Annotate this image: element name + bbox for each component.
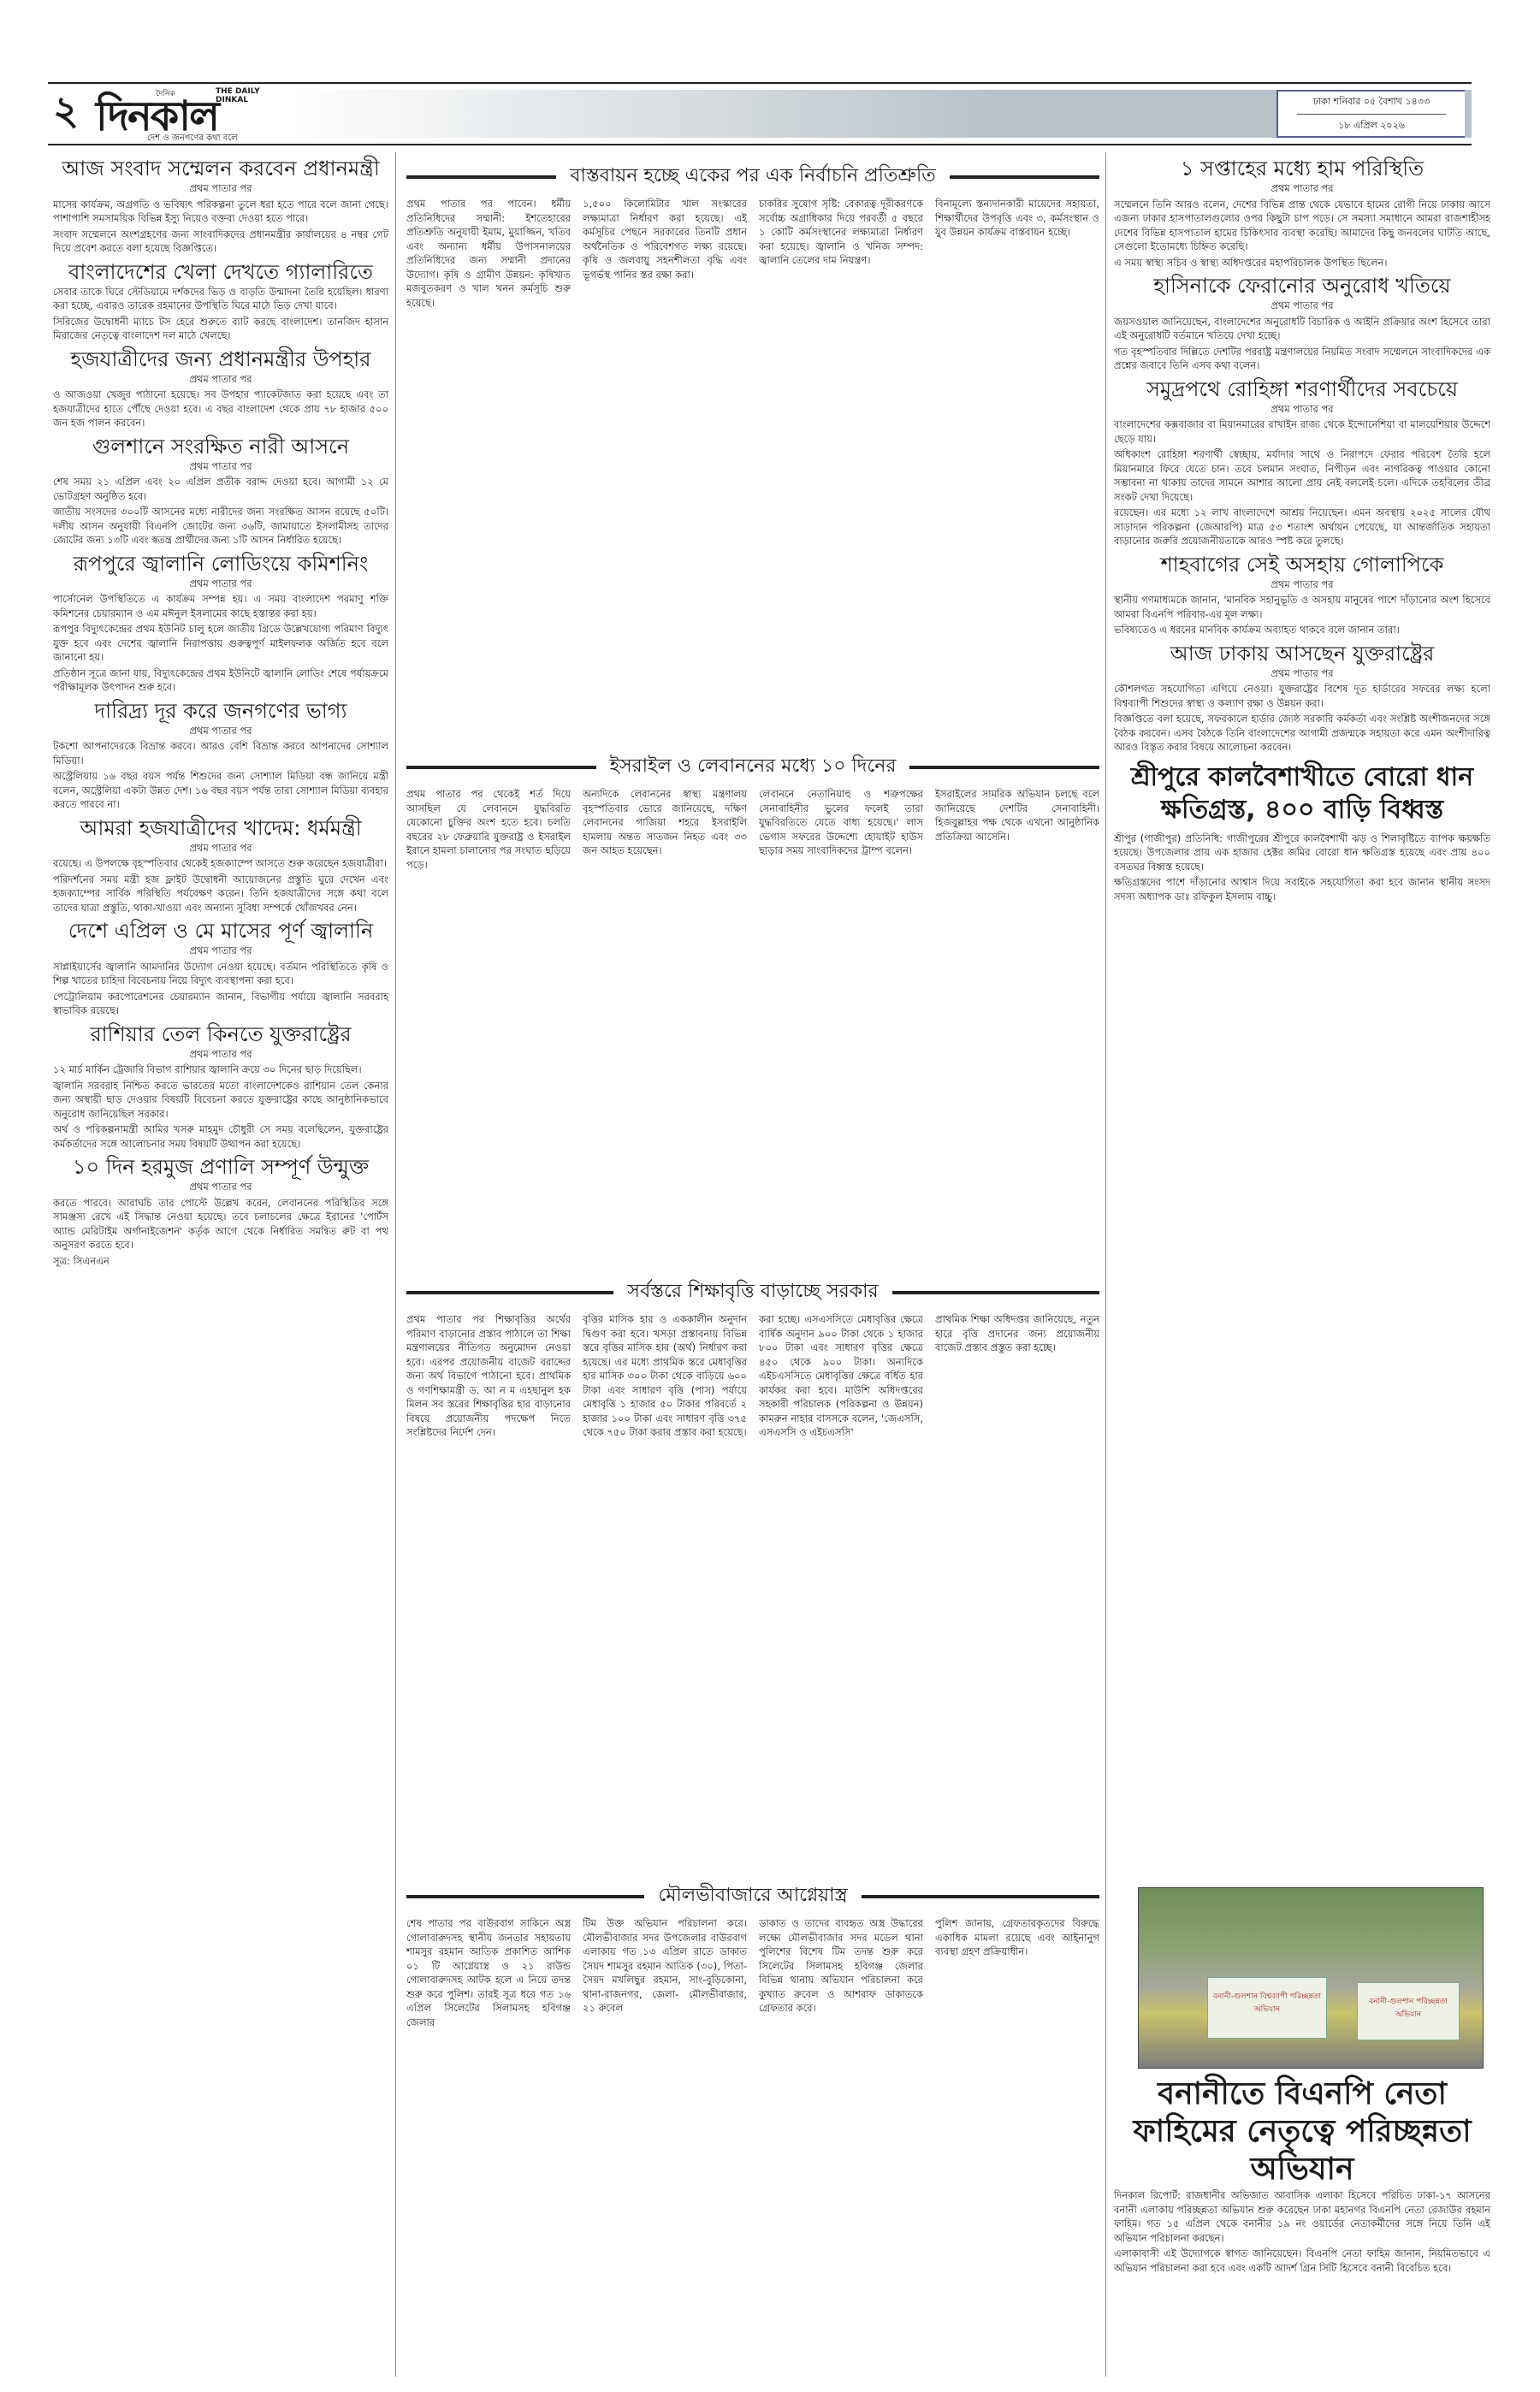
banner-election-promises: বাস্তবায়ন হচ্ছে একের পর এক নির্বাচনি প্…: [406, 161, 1099, 192]
article: হাসিনাকে ফেরানোর অনুরোধ খতিয়েপ্রথম পাতা…: [1114, 273, 1490, 373]
article: দারিদ্র্য দূর করে জনগণের ভাগ্যপ্রথম পাতা…: [53, 698, 388, 812]
paragraph: জাতীয় সংসদের ৩০০টি আসনের মধ্যে নারীদের …: [53, 505, 388, 548]
text-column: টিম উক্ত অভিযান পরিচালনা করে। মৌলভীবাজার…: [583, 1916, 747, 2378]
continued-label: প্রথম পাতার পর: [53, 372, 388, 387]
paragraph: অর্থ ও পরিকল্পনামন্ত্রী আমির খসরু মাহমুদ…: [53, 1122, 388, 1151]
paragraph: সাপ্লাইয়ার্সের জ্বালানি আমদানির উদ্যোগ …: [53, 960, 388, 988]
headline: রাশিয়ার তেল কিনতে যুক্তরাষ্ট্রের: [53, 1021, 388, 1047]
newspaper-logo: দৈনিক THE DAILY DINKAL দিনকাল দেশ ও জনগণ…: [96, 84, 293, 144]
article: আজ ঢাকায় আসছেন যুক্তরাষ্ট্রেরপ্রথম পাতা…: [1114, 641, 1490, 755]
masthead-gradient: ঢাকা শনিবার ০৫ বৈশাখ ১৪৩৩ ১৮ এপ্রিল ২০২৬: [293, 90, 1472, 138]
article-body: প্রথম পাতার পর পাবেন। ধর্মীয় প্রতিনিধিদ…: [406, 197, 1099, 727]
paragraph: মাসের কার্যক্রম, অগ্রগতি ও ভবিষ্যৎ পরিকল…: [53, 198, 388, 226]
text-column: শেষ পাতার পর বাউরবাগ সাকিনে অস্ত্র গোলাব…: [406, 1916, 571, 2378]
headline: ১ সপ্তাহের মধ্যে হাম পরিস্থিতি: [1114, 156, 1490, 181]
headline: রূপপুরে জ্বালানি লোডিংয়ে কমিশনিং: [53, 551, 388, 577]
text-column: প্রথম পাতার পর থেকেই শর্ত দিয়ে আসছিল যে…: [406, 787, 571, 1266]
paragraph: ও আজওয়া খেজুর পাঠানো হয়েছে। সব উপহার প…: [53, 388, 388, 430]
text-column: ইসরাইলের সামরিক অভিযান চলছে বলে জানিয়েছ…: [935, 787, 1099, 1266]
text-column: চাকরির সুযোগ সৃষ্টি: বেকারত্ব দূরীকরণকে …: [759, 197, 923, 727]
bnp-cleanliness-article: বনানীতে বিএনপি নেতা ফাহিমের নেতৃত্বে পরি…: [1114, 2075, 1490, 2277]
date-box: ঢাকা শনিবার ০৫ বৈশাখ ১৪৩৩ ১৮ এপ্রিল ২০২৬: [1276, 90, 1465, 138]
paragraph: ভবিষ্যতেও এ ধরনের মানবিক কার্যক্রম অব্যা…: [1114, 623, 1490, 637]
article: রাশিয়ার তেল কিনতে যুক্তরাষ্ট্রেরপ্রথম প…: [53, 1021, 388, 1152]
tagline: দেশ ও জনগণের কথা বলে: [147, 132, 238, 146]
paragraph: পেট্রোলিয়াম করপোরেশনের চেয়ারম্যান জানা…: [53, 990, 388, 1018]
text-column: ১,৫০০ কিলোমিটার খাল সংস্কারের লক্ষ্যমাত্…: [583, 197, 747, 727]
photo-banner-right: বনানী-গুলশান পরিচ্ছন্নতা অভিযান: [1357, 1982, 1460, 2040]
article: শ্রীপুরে কালবৈশাখীতে বোরো ধান ক্ষতিগ্রস্…: [1114, 761, 1490, 904]
paragraph: রয়েছে। এ উপলক্ষে বৃহস্পতিবার থেকেই হজক্…: [53, 856, 388, 871]
paragraph: টকশো আপনাদেরকে বিভ্রান্ত করবে। আরও বেশি …: [53, 739, 388, 767]
paragraph: বাংলাদেশের কক্সবাজার বা মিয়ানমারের রাখা…: [1114, 417, 1490, 446]
headline: বাংলাদেশের খেলা দেখতে গ্যালারিতে: [53, 259, 388, 285]
page-number: ২: [53, 81, 96, 146]
paragraph: সেবার তাকে ঘিরে স্টেডিয়ামে দর্শকদের ভিড…: [53, 285, 388, 313]
headline: গুলশানে সংরক্ষিত নারী আসনে: [53, 434, 388, 459]
paragraph: অধিকাংশ রোহিঙ্গা শরণার্থী স্বেচ্ছায়, মর…: [1114, 447, 1490, 504]
paragraph: সূত্র: সিএনএন: [53, 1254, 388, 1269]
headline: আমরা হজযাত্রীদের খাদেম: ধর্মমন্ত্রী: [53, 815, 388, 841]
article: বাংলাদেশের খেলা দেখতে গ্যালারিতেসেবার তা…: [53, 259, 388, 343]
date-divider: [1297, 114, 1446, 115]
photo-banner-left: বনানী-গুলশান বিশ্বব্যাপী পরিচ্ছন্নতা অভি…: [1207, 1977, 1327, 2039]
paragraph: পরিদর্শনের সময় মন্ত্রী হজ ফ্লাইট উদ্বোধ…: [53, 873, 388, 915]
continued-label: প্রথম পাতার পর: [53, 724, 388, 738]
text-column: পুলিশ জানায়, গ্রেফতারকৃতদের বিরুদ্ধে এক…: [935, 1916, 1099, 2378]
banner-israel-lebanon: ইসরাইল ও লেবাননের মধ্যে ১০ দিনের: [406, 751, 1099, 783]
continued-label: প্রথম পাতার পর: [53, 181, 388, 196]
paragraph: পার্সোনেল উপস্থিতিতে এ কার্যক্রম সম্পন্ন…: [53, 592, 388, 620]
banner-scholarship: সর্বস্তরে শিক্ষাবৃত্তি বাড়াচ্ছে সরকার: [406, 1276, 1099, 1308]
continued-label: প্রথম পাতার পর: [53, 459, 388, 474]
banner-moulvibazar: মৌলভীবাজারে আগ্নেয়াস্ত্র: [406, 1880, 1099, 1912]
paragraph: বিজ্ঞপ্তিতে বলা হয়েছে, সফরকালে হার্ডার …: [1114, 712, 1490, 755]
left-column: আজ সংবাদ সম্মেলন করবেন প্রধানমন্ত্রীপ্রথ…: [53, 152, 388, 1270]
paragraph: করতে পারবে। আরাঘচি তার পোস্টে উল্লেখ করে…: [53, 1196, 388, 1252]
continued-label: প্রথম পাতার পর: [53, 577, 388, 591]
article: শাহবাগের সেই অসহায় গোলাপিকেপ্রথম পাতার …: [1114, 552, 1490, 637]
continued-label: প্রথম পাতার পর: [53, 1047, 388, 1062]
article: ১ সপ্তাহের মধ্যে হাম পরিস্থিতিপ্রথম পাতা…: [1114, 156, 1490, 269]
headline: ১০ দিন হরমুজ প্রণালি সম্পূর্ণ উন্মুক্ত: [53, 1154, 388, 1180]
article-body: প্রথম পাতার পর থেকেই শর্ত দিয়ে আসছিল যে…: [406, 787, 1099, 1266]
article-body: প্রথম পাতার পর শিক্ষাবৃত্তির অর্থের পরিম…: [406, 1312, 1099, 1860]
text-column: প্রথম পাতার পর শিক্ষাবৃত্তির অর্থের পরিম…: [406, 1312, 571, 1860]
headline: বনানীতে বিএনপি নেতা ফাহিমের নেতৃত্বে পরি…: [1114, 2075, 1490, 2188]
article: ১০ দিন হরমুজ প্রণালি সম্পূর্ণ উন্মুক্তপ্…: [53, 1154, 388, 1268]
paragraph: দিনকাল রিপোর্ট: রাজধানীর অভিজাত আবাসিক এ…: [1114, 2188, 1490, 2245]
text-column: ডাকাত ও তাদের ব্যবহৃত অস্ত্র উদ্ধারের লক…: [759, 1916, 923, 2378]
article: গুলশানে সংরক্ষিত নারী আসনেপ্রথম পাতার পর…: [53, 434, 388, 548]
paragraph: অস্ট্রেলিয়ায় ১৬ বছর বয়স পর্যন্ত শিশুদ…: [53, 769, 388, 812]
brand-english: THE DAILY DINKAL: [216, 87, 293, 104]
headline: মৌলভীবাজারে আগ্নেয়াস্ত্র: [658, 1880, 847, 1912]
headline: আজ সংবাদ সম্মেলন করবেন প্রধানমন্ত্রী: [53, 156, 388, 181]
headline: দারিদ্র্য দূর করে জনগণের ভাগ্য: [53, 698, 388, 724]
text-column: প্রাথমিক শিক্ষা অধিদপ্তর জানিয়েছে, নতুন…: [935, 1312, 1099, 1860]
article: সমুদ্রপথে রোহিঙ্গা শরণার্থীদের সবচেয়েপ্…: [1114, 376, 1490, 548]
article: আমরা হজযাত্রীদের খাদেম: ধর্মমন্ত্রীপ্রথম…: [53, 815, 388, 915]
text-column: লেবাননে নেতানিয়াহু ও শত্রুপক্ষের সেনাবা…: [759, 787, 923, 1266]
paragraph: সম্মেলনে তিনি আরও বলেন, দেশের বিভিন্ন প্…: [1114, 198, 1490, 254]
continued-label: প্রথম পাতার পর: [1114, 402, 1490, 417]
paragraph: রয়েছেন। এর মধ্যে ১২ লাখ বাংলাদেশে আশ্রয…: [1114, 506, 1490, 548]
paragraph: গত বৃহস্পতিবার দিল্লিতে দেশটির পররাষ্ট্র…: [1114, 345, 1490, 373]
paragraph: রূপপুর বিদ্যুৎকেন্দ্রের প্রথম ইউনিট চালু…: [53, 622, 388, 665]
text-column: বিনামূল্যে স্তন্যদানকারী মায়েদের সহায়ত…: [935, 197, 1099, 727]
headline: হজযাত্রীদের জন্য প্রধানমন্ত্রীর উপহার: [53, 346, 388, 372]
headline: ইসরাইল ও লেবাননের মধ্যে ১০ দিনের: [610, 751, 897, 783]
headline: দেশে এপ্রিল ও মে মাসের পূর্ণ জ্বালানি: [53, 918, 388, 944]
article: রূপপুরে জ্বালানি লোডিংয়ে কমিশনিংপ্রথম প…: [53, 551, 388, 695]
right-column: ১ সপ্তাহের মধ্যে হাম পরিস্থিতিপ্রথম পাতা…: [1114, 152, 1490, 1795]
masthead: ২ দৈনিক THE DAILY DINKAL দিনকাল দেশ ও জন…: [48, 82, 1472, 145]
news-photo-cleanliness-drive: বনানী-গুলশান বিশ্বব্যাপী পরিচ্ছন্নতা অভি…: [1138, 1887, 1484, 2069]
paragraph: ক্ষতিগ্রস্তদের পাশে দাঁড়ানোর আশ্বাস দিয…: [1114, 875, 1490, 903]
article: দেশে এপ্রিল ও মে মাসের পূর্ণ জ্বালানিপ্র…: [53, 918, 388, 1018]
paragraph: সংবাদ সম্মেলনে অংশগ্রহণের জন্য সাংবাদিকদ…: [53, 228, 388, 256]
masthead-edge: [1465, 90, 1472, 138]
paragraph: জ্বালানি সরবরাহ নিশ্চিত করতে ভারতের মতো …: [53, 1079, 388, 1122]
headline: সর্বস্তরে শিক্ষাবৃত্তি বাড়াচ্ছে সরকার: [627, 1276, 878, 1308]
headline: বাস্তবায়ন হচ্ছে একের পর এক নির্বাচনি প্…: [570, 161, 936, 192]
text-column: করা হচ্ছে। এসএসসিতে মেধাবৃত্তির ক্ষেত্রে…: [759, 1312, 923, 1860]
paragraph: কৌশলগত সহযোগিতা এগিয়ে নেওয়া। যুক্তরাষ্…: [1114, 682, 1490, 710]
column-divider: [1105, 152, 1106, 2377]
text-column: অন্যদিকে লেবাননের স্বাস্থ্য মন্ত্রণালয় …: [583, 787, 747, 1266]
paragraph: জয়সওয়াল জানিয়েছেন, বাংলাদেশের অনুরোধট…: [1114, 315, 1490, 343]
continued-label: প্রথম পাতার পর: [53, 1180, 388, 1194]
continued-label: প্রথম পাতার পর: [1114, 666, 1490, 681]
headline: আজ ঢাকায় আসছেন যুক্তরাষ্ট্রের: [1114, 641, 1490, 666]
paragraph: স্থানীয় গণমাধ্যমকে জানান, 'মানবিক সহানু…: [1114, 593, 1490, 621]
paragraph: শেষ সময় ২১ এপ্রিল এবং ২০ এপ্রিল প্রতীক …: [53, 475, 388, 503]
paragraph: এলাকাবাসী এই উদ্যোগকে স্বাগত জানিয়েছেন।…: [1114, 2247, 1490, 2275]
continued-label: প্রথম পাতার পর: [53, 944, 388, 958]
paragraph: শ্রীপুর (গাজীপুর) প্রতিনিধি: গাজীপুরের শ…: [1114, 832, 1490, 874]
continued-label: প্রথম পাতার পর: [1114, 181, 1490, 196]
paragraph: এ সময় স্বাস্থ্য সচিব ও স্বাস্থ্য অধিদপ্…: [1114, 256, 1490, 270]
continued-label: প্রথম পাতার পর: [1114, 577, 1490, 592]
article: হজযাত্রীদের জন্য প্রধানমন্ত্রীর উপহারপ্র…: [53, 346, 388, 430]
date-gregorian: ১৮ এপ্রিল ২০২৬: [1338, 118, 1405, 134]
article-body: শেষ পাতার পর বাউরবাগ সাকিনে অস্ত্র গোলাব…: [406, 1916, 1099, 2378]
article: আজ সংবাদ সম্মেলন করবেন প্রধানমন্ত্রীপ্রথ…: [53, 156, 388, 256]
text-column: বৃত্তির মাসিক হার ও এককালীন অনুদান দ্বিগ…: [583, 1312, 747, 1860]
date-bengali: ঢাকা শনিবার ০৫ বৈশাখ ১৪৩৩: [1313, 94, 1430, 110]
paragraph: প্রতিষ্ঠান সূত্রে জানা যায়, বিদ্যুৎকেন্…: [53, 666, 388, 695]
continued-label: প্রথম পাতার পর: [1114, 299, 1490, 313]
paragraph: ১২ মার্চ মার্কিন ট্রেজারি বিভাগ রাশিয়ার…: [53, 1063, 388, 1077]
text-column: প্রথম পাতার পর পাবেন। ধর্মীয় প্রতিনিধিদ…: [406, 197, 571, 727]
column-divider: [395, 152, 396, 2377]
headline: সমুদ্রপথে রোহিঙ্গা শরণার্থীদের সবচেয়ে: [1114, 376, 1490, 402]
headline: শাহবাগের সেই অসহায় গোলাপিকে: [1114, 552, 1490, 577]
headline: শ্রীপুরে কালবৈশাখীতে বোরো ধান ক্ষতিগ্রস্…: [1114, 761, 1490, 826]
headline: হাসিনাকে ফেরানোর অনুরোধ খতিয়ে: [1114, 273, 1490, 299]
paragraph: সিরিজের উদ্বোধনী ম্যাচে টস হেরে শুরুতে ব…: [53, 315, 388, 343]
continued-label: প্রথম পাতার পর: [53, 841, 388, 856]
